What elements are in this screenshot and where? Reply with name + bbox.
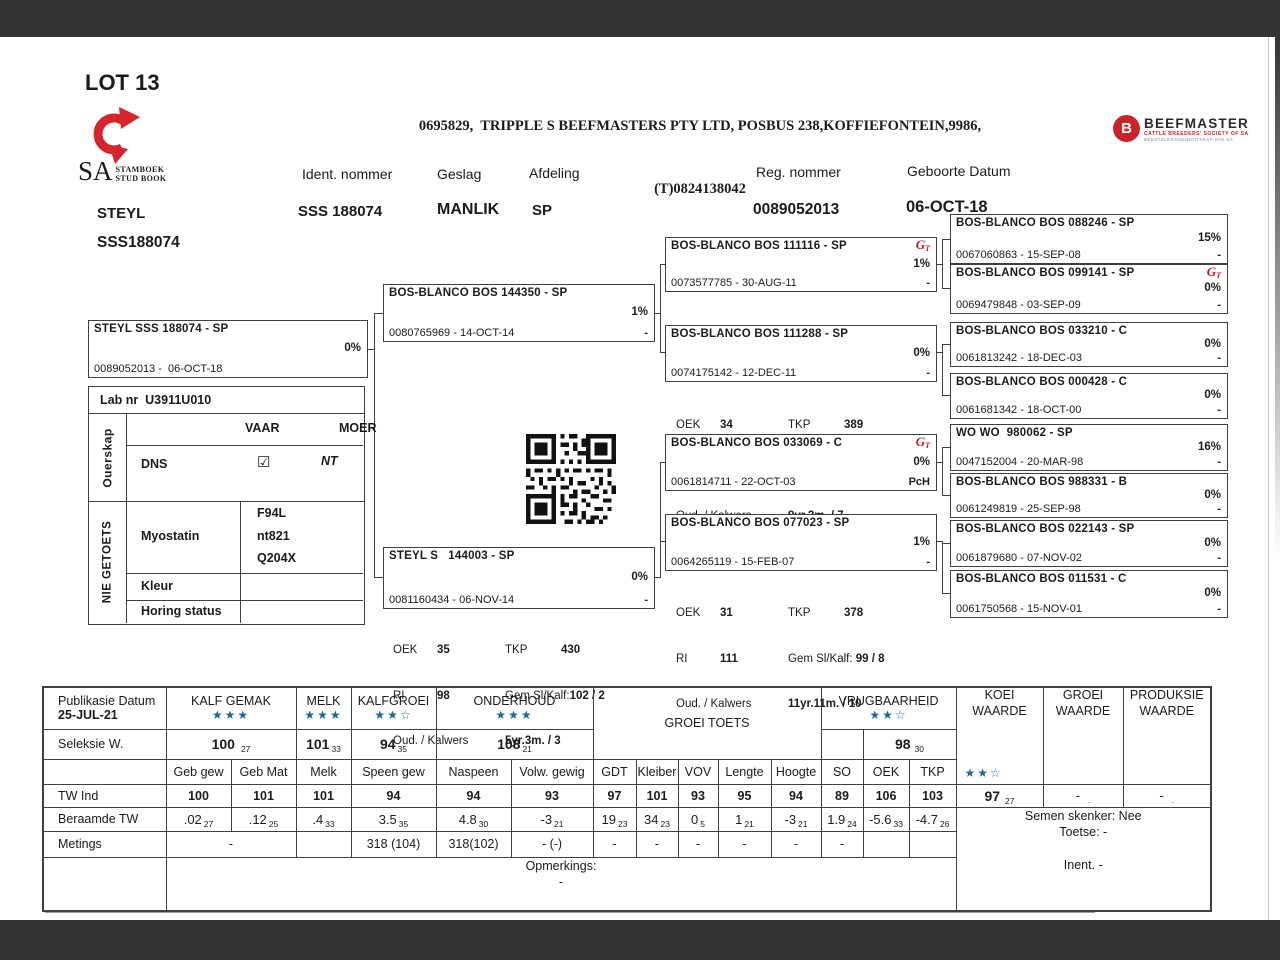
groei-waarde-header: GROEIWAARDE bbox=[1043, 687, 1123, 784]
col-volw-gewig: Volw. gewig bbox=[511, 759, 593, 784]
seleksie-label: Seleksie W. bbox=[43, 729, 166, 759]
connector bbox=[942, 344, 950, 345]
kleur-label: Kleur bbox=[141, 579, 173, 593]
connector bbox=[942, 344, 943, 396]
dns-moer-value: NT bbox=[321, 454, 338, 468]
opmerkings-value: - bbox=[167, 874, 956, 891]
lab-number: Lab nr U3911U010 bbox=[89, 387, 364, 414]
groei-waarde-value: -. bbox=[1043, 784, 1123, 807]
scan-bottom-bar bbox=[0, 920, 1280, 960]
animal-id: SSS188074 bbox=[97, 234, 180, 252]
connector bbox=[942, 593, 950, 594]
beefmaster-title: BEEFMASTER bbox=[1144, 117, 1249, 131]
col-naspeen: Naspeen bbox=[436, 759, 511, 784]
vrugbaarheid-header: VRUGBAARHEID★★☆ bbox=[821, 687, 956, 729]
breeder-address-line1: 0695829, TRIPPLE S BEEFMASTERS PTY LTD, … bbox=[320, 116, 1080, 137]
pedigree-box-gen4-4: BOS-BLANCO BOS 000428 - C 0% 0061681342 … bbox=[950, 373, 1228, 419]
pedigree-box-gen4-3: BOS-BLANCO BOS 033210 - C 0% 0061813242 … bbox=[950, 322, 1228, 367]
col-gdt: GDT bbox=[593, 759, 636, 784]
animal-full-name: STEYL SSS 188074 - SP bbox=[94, 323, 228, 335]
produksie-waarde-value: -. bbox=[1123, 784, 1211, 807]
pedigree-box-subject: STEYL SSS 188074 - SP 0% 0089052013 - 06… bbox=[88, 320, 368, 378]
connector bbox=[942, 239, 950, 240]
koei-waarde-stars: ★★☆ bbox=[965, 767, 1003, 780]
lab-dns-panel: Lab nr U3911U010 Ouerskap VAAR MOER DNS … bbox=[88, 386, 365, 625]
connector bbox=[942, 447, 950, 448]
ident-nommer-label: Ident. nommer bbox=[302, 166, 392, 182]
koei-waarde-header: KOEIWAARDE ★★☆ bbox=[956, 687, 1043, 784]
connector bbox=[942, 541, 943, 594]
col-so: SO bbox=[821, 759, 863, 784]
geslag-value: MANLIK bbox=[437, 201, 499, 219]
connector bbox=[660, 264, 661, 353]
connector bbox=[374, 313, 375, 578]
connector bbox=[374, 577, 383, 578]
pedigree-box-gen4-6: BOS-BLANCO BOS 988331 - B 0% 0061249819 … bbox=[950, 473, 1228, 518]
dns-vaar-checkbox: ☑ bbox=[257, 453, 270, 471]
onderhoud-stars: ★★★ bbox=[437, 709, 593, 722]
pedigree-box-sires-sire: BOS-BLANCO BOS 111116 - SPGT 1% 00735777… bbox=[665, 237, 937, 292]
kalf-gemak-header: KALF GEMAK★★★ bbox=[166, 687, 296, 729]
metings-label: Metings bbox=[43, 831, 166, 857]
sa-studbook-logo-icon bbox=[88, 102, 146, 164]
afdeling-value: SP bbox=[532, 202, 552, 219]
col-tkp: TKP bbox=[909, 759, 956, 784]
pedigree-box-dam: STEYL S 144003 - SP 0% 0081160434 - 06-N… bbox=[383, 547, 655, 609]
beefmaster-b-icon: B bbox=[1113, 115, 1140, 142]
pedigree-box-sire: BOS-BLANCO BOS 144350 - SP 1% 0080765969… bbox=[383, 284, 655, 342]
scanned-pedigree-document: LOT 13 SA STAMBOEK STUD BOOK STEYL SSS18… bbox=[0, 0, 1280, 960]
publikasie-datum-cell: Publikasie Datum 25-JUL-21 bbox=[43, 687, 166, 729]
col-vov: VOV bbox=[678, 759, 718, 784]
page-edge-shadow bbox=[1275, 37, 1280, 557]
gt-icon: GT bbox=[916, 240, 930, 252]
sa-studbook-wordmark: SA STAMBOEK STUD BOOK bbox=[78, 160, 166, 183]
kalfgroei-header: KALFGROEI★★☆ bbox=[351, 687, 436, 729]
pedigree-box-gen4-5: WO WO 980062 - SP 16% 0047152004 - 20-MA… bbox=[950, 424, 1228, 471]
vaar-moer-header: VAAR MOER bbox=[127, 414, 363, 446]
breeder-phone: (T)0824138042 bbox=[320, 179, 1080, 200]
connector bbox=[942, 395, 950, 396]
connector bbox=[942, 239, 943, 289]
col-hoogte: Hoogte bbox=[771, 759, 821, 784]
beraamde-tw-row: Beraamde TW .0227 .1225 .433 3.535 4.830… bbox=[43, 807, 1211, 831]
col-kleiber: Kleiber bbox=[636, 759, 678, 784]
col-melk: Melk bbox=[296, 759, 351, 784]
koei-waarde-value: 9727 bbox=[956, 784, 1043, 807]
qr-code bbox=[521, 434, 621, 524]
onderhoud-header: ONDERHOUD★★★ bbox=[436, 687, 593, 729]
groei-toets-header: GROEI TOETS bbox=[593, 687, 821, 759]
pedigree-box-gen4-1: BOS-BLANCO BOS 088246 - SP 15% 006706086… bbox=[950, 214, 1228, 264]
afdeling-label: Afdeling bbox=[529, 165, 580, 181]
inent: Inent. - bbox=[957, 857, 1211, 874]
pedigree-box-gen4-7: BOS-BLANCO BOS 022143 - SP 0% 0061879680… bbox=[950, 520, 1228, 567]
dns-row: DNS ☑ NT bbox=[127, 446, 363, 501]
gt-icon: GT bbox=[1207, 267, 1221, 279]
scan-artifact-line bbox=[45, 912, 1095, 913]
opmerkings-cell: Opmerkings: - bbox=[166, 857, 956, 911]
col-lengte: Lengte bbox=[718, 759, 771, 784]
col-oek: OEK bbox=[863, 759, 909, 784]
animal-name: STEYL bbox=[97, 205, 145, 222]
beraamde-tw-label: Beraamde TW bbox=[43, 807, 166, 831]
pedigree-box-dams-sire: BOS-BLANCO BOS 033069 - CGT 0% 006181471… bbox=[665, 434, 937, 491]
beefmaster-subtitle-af: BEESTELERSGENOOTSKAP VAN SA bbox=[1144, 138, 1249, 143]
col-geb-gew: Geb gew bbox=[166, 759, 231, 784]
ident-nommer-value: SSS 188074 bbox=[298, 203, 382, 220]
connector bbox=[660, 462, 661, 578]
connector bbox=[942, 495, 950, 496]
myostatin-row: Myostatin F94L nt821 Q204X bbox=[127, 501, 363, 574]
reg-nommer-value: 0089052013 bbox=[753, 201, 839, 219]
scan-top-bar bbox=[0, 0, 1280, 37]
melk-stars: ★★★ bbox=[297, 709, 351, 722]
pedigree-box-dams-dam: BOS-BLANCO BOS 077023 - SP 1% 0064265119… bbox=[665, 514, 937, 571]
geslag-label: Geslag bbox=[437, 166, 481, 182]
semen-skenker: Semen skenker: Nee bbox=[957, 808, 1211, 825]
vaar-label: VAAR bbox=[245, 421, 280, 435]
beefmaster-logo: B BEEFMASTER CATTLE BREEDERS' SOCIETY OF… bbox=[1113, 115, 1249, 143]
sa-text: SA bbox=[78, 160, 113, 183]
horing-status-label: Horing status bbox=[141, 604, 222, 618]
kleur-row: Kleur bbox=[127, 574, 363, 601]
studbook-text: STUD BOOK bbox=[116, 175, 167, 183]
tw-ind-row: TW Ind 100 101 101 94 94 93 97 101 93 95… bbox=[43, 784, 1211, 807]
pedigree-box-gen4-2: BOS-BLANCO BOS 099141 - SPGT 0% 00694798… bbox=[950, 264, 1228, 314]
gt-icon: GT bbox=[916, 437, 930, 449]
vrugbaarheid-stars: ★★☆ bbox=[822, 709, 956, 722]
horing-status-row: Horing status bbox=[127, 601, 363, 623]
geboorte-datum-label: Geboorte Datum bbox=[907, 163, 1011, 179]
myostatin-label: Myostatin bbox=[141, 529, 199, 543]
reg-and-dob: 0089052013 - 06-OCT-18 bbox=[94, 363, 222, 375]
nie-getoets-section-label: NIE GETOETS bbox=[89, 501, 127, 623]
melk-header: MELK★★★ bbox=[296, 687, 351, 729]
kalf-gemak-stars: ★★★ bbox=[167, 709, 296, 722]
performance-table: Publikasie Datum 25-JUL-21 KALF GEMAK★★★… bbox=[42, 686, 1212, 912]
dns-label: DNS bbox=[141, 457, 167, 471]
lot-number: LOT 13 bbox=[85, 70, 160, 96]
opmerkings-label: Opmerkings: bbox=[167, 858, 956, 875]
connector bbox=[942, 447, 943, 496]
produksie-waarde-header: PRODUKSIEWAARDE bbox=[1123, 687, 1211, 784]
connector bbox=[374, 313, 383, 314]
col-geb-mat: Geb Mat bbox=[231, 759, 296, 784]
myostatin-value-1: F94L bbox=[257, 506, 286, 520]
myostatin-value-2: nt821 bbox=[257, 529, 290, 543]
myostatin-value-3: Q204X bbox=[257, 551, 296, 565]
toetse: Toetse: - bbox=[957, 824, 1211, 841]
tw-ind-label: TW Ind bbox=[43, 784, 166, 807]
pedigree-box-gen4-8: BOS-BLANCO BOS 011531 - C 0% 0061750568 … bbox=[950, 570, 1228, 618]
kalfgroei-stars: ★★☆ bbox=[352, 709, 436, 722]
connector bbox=[942, 543, 950, 544]
page-edge-line bbox=[1268, 37, 1269, 920]
ouerskap-section-label: Ouerskap bbox=[89, 414, 127, 501]
col-speen-gew: Speen gew bbox=[351, 759, 436, 784]
reg-nommer-label: Reg. nommer bbox=[756, 164, 841, 180]
inbreeding-pct: 0% bbox=[94, 343, 361, 355]
semen-inent-cell: Semen skenker: Nee Toetse: - Inent. - bbox=[956, 807, 1211, 911]
ebv-table: Publikasie Datum 25-JUL-21 KALF GEMAK★★★… bbox=[42, 686, 1212, 912]
connector bbox=[942, 288, 950, 289]
pedigree-box-sires-dam: BOS-BLANCO BOS 111288 - SP 0% 0074175142… bbox=[665, 325, 937, 382]
moer-label: MOER bbox=[339, 421, 377, 435]
